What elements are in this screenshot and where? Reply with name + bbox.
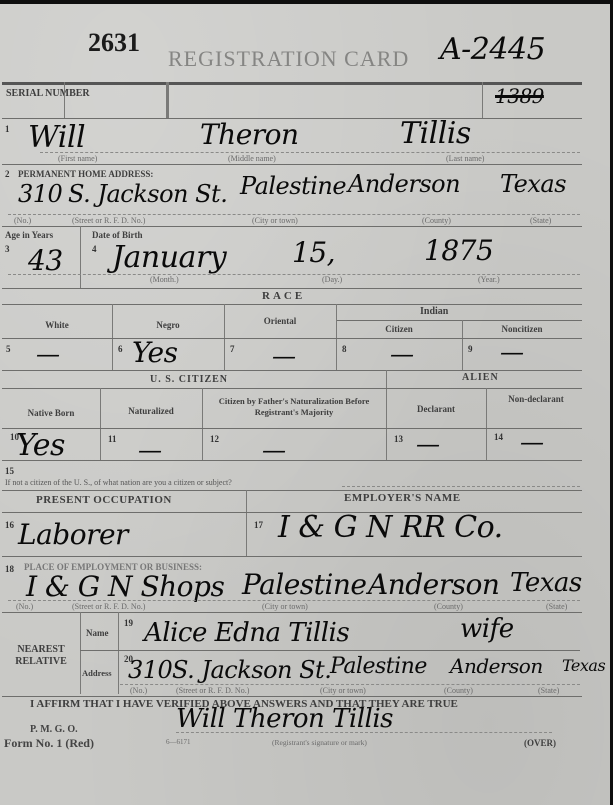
divider xyxy=(176,732,552,733)
naturalized-label: Naturalized xyxy=(100,406,202,416)
race-indian-citizen-label: Citizen xyxy=(336,324,462,334)
divider xyxy=(336,320,582,321)
relative-address-county: Anderson xyxy=(450,654,543,678)
us-citizen-title: U. S. CITIZEN xyxy=(150,374,228,385)
serial-number-label: SERIAL NUMBER xyxy=(6,88,62,99)
divider xyxy=(166,82,169,118)
home-county: Anderson xyxy=(348,170,460,198)
form-agency: P. M. G. O. xyxy=(30,724,78,735)
declarant-value: — xyxy=(416,430,440,458)
employer-header: EMPLOYER'S NAME xyxy=(344,492,461,504)
race-indian-noncitizen-value: — xyxy=(500,338,524,366)
state-label: (State) xyxy=(538,686,559,695)
field-num: 13 xyxy=(394,434,403,444)
birth-month: January xyxy=(112,240,226,275)
month-label: (Month.) xyxy=(150,275,179,284)
divider xyxy=(2,164,582,165)
county-label: (County) xyxy=(434,602,463,611)
divider xyxy=(2,428,582,429)
occupation-value: Laborer xyxy=(18,518,128,551)
registrant-signature: Will Theron Tillis xyxy=(176,704,393,734)
relative-address-no: 310 xyxy=(128,656,172,684)
race-oriental-label: Oriental xyxy=(224,316,336,326)
state-label: (State) xyxy=(530,216,551,225)
race-title: RACE xyxy=(262,290,305,302)
divider xyxy=(2,696,582,697)
street-label: (Street or R. F. D. No.) xyxy=(72,216,145,225)
declarant-label: Declarant xyxy=(386,404,486,414)
relative-address-street: S. Jackson St. xyxy=(172,656,331,684)
race-white-label: White xyxy=(2,320,112,330)
divider xyxy=(8,214,580,215)
employment-city: Palestine xyxy=(242,568,366,601)
divider xyxy=(2,460,582,461)
divider xyxy=(40,152,580,153)
no-label: (No.) xyxy=(16,602,33,611)
middle-name: Theron xyxy=(200,118,299,151)
field-num: 8 xyxy=(342,344,347,354)
last-name: Tillis xyxy=(400,116,471,151)
race-negro-label: Negro xyxy=(112,320,224,330)
first-name-label: (First name) xyxy=(58,154,97,163)
city-label: (City or town) xyxy=(252,216,298,225)
field-num: 1 xyxy=(5,124,10,134)
registration-card: 2631 REGISTRATION CARD A-2445 SERIAL NUM… xyxy=(0,4,610,805)
divider xyxy=(2,226,582,227)
divider xyxy=(2,370,582,371)
field-num: 11 xyxy=(108,434,117,444)
home-no: 310 xyxy=(18,180,62,208)
field-num: 7 xyxy=(230,344,235,354)
home-city: Palestine xyxy=(240,172,346,200)
middle-name-label: (Middle name) xyxy=(228,154,276,163)
field-num: 6 xyxy=(118,344,123,354)
divider xyxy=(486,388,487,460)
crossed-out-number: 1389 xyxy=(495,84,544,108)
print-code: 6—6171 xyxy=(166,738,191,746)
order-number: A-2445 xyxy=(440,32,545,67)
no-label: (No.) xyxy=(14,216,31,225)
field-num: 5 xyxy=(6,344,11,354)
field-num: 3 xyxy=(5,244,10,254)
form-number: Form No. 1 (Red) xyxy=(4,736,94,751)
occupation-header: PRESENT OCCUPATION xyxy=(36,494,172,506)
divider xyxy=(64,82,65,118)
race-white-value: — xyxy=(36,340,60,368)
fathers-naturalization-label: Citizen by Father's Naturalization Befor… xyxy=(210,396,378,418)
divider xyxy=(120,684,580,685)
first-name: Will xyxy=(28,120,85,155)
divider xyxy=(8,600,580,601)
home-address-label: PERMANENT HOME ADDRESS: xyxy=(18,169,153,179)
card-number-stamp: 2631 xyxy=(88,28,140,58)
non-declarant-value: — xyxy=(520,428,544,456)
home-state: Texas xyxy=(500,170,566,198)
relative-address-label: Address xyxy=(82,668,112,678)
home-street: S. Jackson St. xyxy=(68,180,227,208)
field-num: 15 xyxy=(5,466,14,476)
street-label: (Street or R. F. D. No.) xyxy=(72,602,145,611)
birth-day: 15, xyxy=(292,236,335,269)
race-indian-noncitizen-label: Noncitizen xyxy=(462,324,582,334)
employment-county: Anderson xyxy=(368,568,499,601)
non-declarant-label: Non-declarant xyxy=(496,394,576,405)
divider xyxy=(80,612,81,694)
county-label: (County) xyxy=(422,216,451,225)
divider xyxy=(2,338,582,339)
signature-label: (Registrant's signature or mark) xyxy=(272,738,367,747)
age-label: Age in Years xyxy=(5,230,53,240)
over-label: (OVER) xyxy=(524,738,556,748)
relative-address-state: Texas xyxy=(562,656,605,675)
employment-place-value: I & G N Shops xyxy=(26,570,224,603)
divider xyxy=(2,388,582,389)
city-label: (City or town) xyxy=(320,686,366,695)
native-born-value: Yes xyxy=(16,428,65,463)
field-num: 16 xyxy=(5,520,14,530)
divider xyxy=(2,612,582,613)
card-title: REGISTRATION CARD xyxy=(168,46,409,72)
divider xyxy=(118,612,119,694)
divider xyxy=(336,304,337,370)
divider xyxy=(2,490,582,491)
divider xyxy=(202,388,203,460)
birth-year: 1875 xyxy=(424,234,493,267)
state-label: (State) xyxy=(546,602,567,611)
divider xyxy=(112,304,113,370)
field-num: 4 xyxy=(92,244,97,254)
divider xyxy=(246,490,247,556)
field-num: 18 xyxy=(5,564,14,574)
race-negro-value: Yes xyxy=(132,336,178,369)
field-num: 12 xyxy=(210,434,219,444)
field-num: 9 xyxy=(468,344,473,354)
nation-question-label: If not a citizen of the U. S., of what n… xyxy=(5,478,232,487)
field-num: 17 xyxy=(254,520,263,530)
race-oriental-value: — xyxy=(272,342,296,370)
relative-address-city: Palestine xyxy=(330,654,427,679)
divider xyxy=(100,388,101,460)
alien-title: ALIEN xyxy=(462,372,499,383)
relative-name-value: Alice Edna Tillis xyxy=(144,618,349,648)
street-label: (Street or R. F. D. No.) xyxy=(176,686,249,695)
divider xyxy=(2,304,582,305)
race-indian-citizen-value: — xyxy=(390,340,414,368)
county-label: (County) xyxy=(444,686,473,695)
age-value: 43 xyxy=(28,244,63,277)
employer-value: I & G N RR Co. xyxy=(278,510,503,545)
field-num: 14 xyxy=(494,432,503,442)
year-label: (Year.) xyxy=(478,275,500,284)
day-label: (Day.) xyxy=(322,275,342,284)
employment-state: Texas xyxy=(510,568,582,598)
field-num: 19 xyxy=(124,618,133,628)
divider xyxy=(482,82,483,118)
dob-label: Date of Birth xyxy=(92,230,143,240)
indian-label: Indian xyxy=(420,306,448,317)
nearest-relative-label: NEAREST RELATIVE xyxy=(6,644,76,668)
divider xyxy=(342,486,580,487)
divider xyxy=(386,370,387,460)
last-name-label: (Last name) xyxy=(446,154,484,163)
divider xyxy=(2,556,582,557)
divider xyxy=(80,226,81,288)
relative-relation-value: wife xyxy=(460,614,514,644)
native-born-label: Native Born xyxy=(2,408,100,418)
divider xyxy=(80,650,580,651)
divider xyxy=(224,304,225,370)
no-label: (No.) xyxy=(130,686,147,695)
divider xyxy=(2,288,582,289)
field-num: 2 xyxy=(5,169,10,179)
city-label: (City or town) xyxy=(262,602,308,611)
relative-name-label: Name xyxy=(86,628,109,638)
